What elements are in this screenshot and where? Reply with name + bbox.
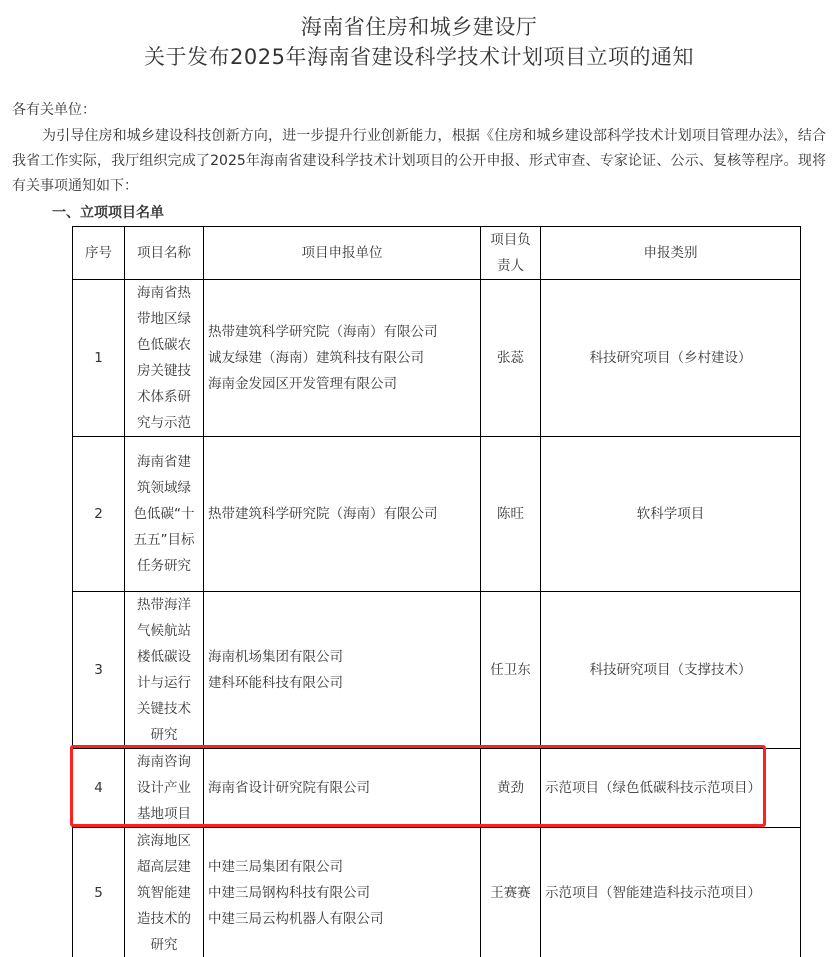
unit-line: 诚友绿建（海南）建筑科技有限公司 [208,345,476,371]
header-lead-text: 项目负责人 [489,227,533,279]
unit-line: 热带建筑科学研究院（海南）有限公司 [208,319,476,345]
cell-index: 2 [73,437,125,592]
cell-units: 热带建筑科学研究院（海南）有限公司 [204,437,481,592]
project-name: 海南咨询设计产业基地项目 [131,749,197,827]
body-paragraph: 为引导住房和城乡建设科技创新方向，进一步提升行业创新能力，根据《住房和城乡建设部… [12,124,826,199]
cell-lead: 王赛赛 [481,828,541,957]
project-name: 海南省建筑领域绿色低碳“十五五”目标任务研究 [131,449,197,579]
unit-line: 中建三局集团有限公司 [208,854,476,880]
cell-index: 3 [73,592,125,749]
header-category: 申报类别 [541,227,801,280]
cell-category: 科技研究项目（乡村建设） [541,280,801,437]
header-unit: 项目申报单位 [204,227,481,280]
salutation: 各有关单位： [12,100,96,120]
table-row: 1 海南省热带地区绿色低碳农房关键技术体系研究与示范 热带建筑科学研究院（海南）… [73,280,801,437]
cell-units: 中建三局集团有限公司 中建三局钢构科技有限公司 中建三局云构机器人有限公司 [204,828,481,957]
cell-category: 示范项目（绿色低碳科技示范项目） [541,749,801,828]
unit-line: 海南金发园区开发管理有限公司 [208,371,476,397]
project-name: 滨海地区超高层建筑智能建造技术的研究 [131,828,197,957]
title-subject: 关于发布2025年海南省建设科学技术计划项目立项的通知 [0,42,838,72]
header-name: 项目名称 [125,227,204,280]
cell-index: 5 [73,828,125,957]
title-issuer: 海南省住房和城乡建设厅 [0,12,838,42]
cell-category: 示范项目（智能建造科技示范项目） [541,828,801,957]
unit-line: 中建三局云构机器人有限公司 [208,906,476,932]
cell-name: 海南咨询设计产业基地项目 [125,749,204,828]
table-row-highlighted: 4 海南咨询设计产业基地项目 海南省设计研究院有限公司 黄劲 示范项目（绿色低碳… [73,749,801,828]
cell-category: 科技研究项目（支撑技术） [541,592,801,749]
unit-line: 热带建筑科学研究院（海南）有限公司 [208,501,476,527]
cell-name: 热带海洋气候航站楼低碳设计与运行关键技术研究 [125,592,204,749]
unit-line: 建科环能科技有限公司 [208,670,476,696]
cell-units: 热带建筑科学研究院（海南）有限公司 诚友绿建（海南）建筑科技有限公司 海南金发园… [204,280,481,437]
notice-title: 海南省住房和城乡建设厅 关于发布2025年海南省建设科学技术计划项目立项的通知 [0,12,838,72]
unit-line: 中建三局钢构科技有限公司 [208,880,476,906]
table-row: 3 热带海洋气候航站楼低碳设计与运行关键技术研究 海南机场集团有限公司 建科环能… [73,592,801,749]
table-row: 5 滨海地区超高层建筑智能建造技术的研究 中建三局集团有限公司 中建三局钢构科技… [73,828,801,957]
cell-lead: 张蕊 [481,280,541,437]
project-table: 序号 项目名称 项目申报单位 项目负责人 申报类别 1 海南省热带地区绿色低碳农… [72,226,801,957]
header-index: 序号 [73,227,125,280]
table-row: 2 海南省建筑领域绿色低碳“十五五”目标任务研究 热带建筑科学研究院（海南）有限… [73,437,801,592]
project-name: 海南省热带地区绿色低碳农房关键技术体系研究与示范 [131,280,197,436]
cell-index: 4 [73,749,125,828]
cell-units: 海南机场集团有限公司 建科环能科技有限公司 [204,592,481,749]
project-name: 热带海洋气候航站楼低碳设计与运行关键技术研究 [131,592,197,748]
cell-name: 滨海地区超高层建筑智能建造技术的研究 [125,828,204,957]
table-header-row: 序号 项目名称 项目申报单位 项目负责人 申报类别 [73,227,801,280]
cell-name: 海南省热带地区绿色低碳农房关键技术体系研究与示范 [125,280,204,437]
cell-category: 软科学项目 [541,437,801,592]
header-lead: 项目负责人 [481,227,541,280]
section-heading: 一、立项项目名单 [52,202,164,224]
cell-lead: 任卫东 [481,592,541,749]
cell-name: 海南省建筑领域绿色低碳“十五五”目标任务研究 [125,437,204,592]
cell-units: 海南省设计研究院有限公司 [204,749,481,828]
unit-line: 海南机场集团有限公司 [208,644,476,670]
unit-line: 海南省设计研究院有限公司 [208,775,476,801]
cell-index: 1 [73,280,125,437]
cell-lead: 黄劲 [481,749,541,828]
cell-lead: 陈旺 [481,437,541,592]
